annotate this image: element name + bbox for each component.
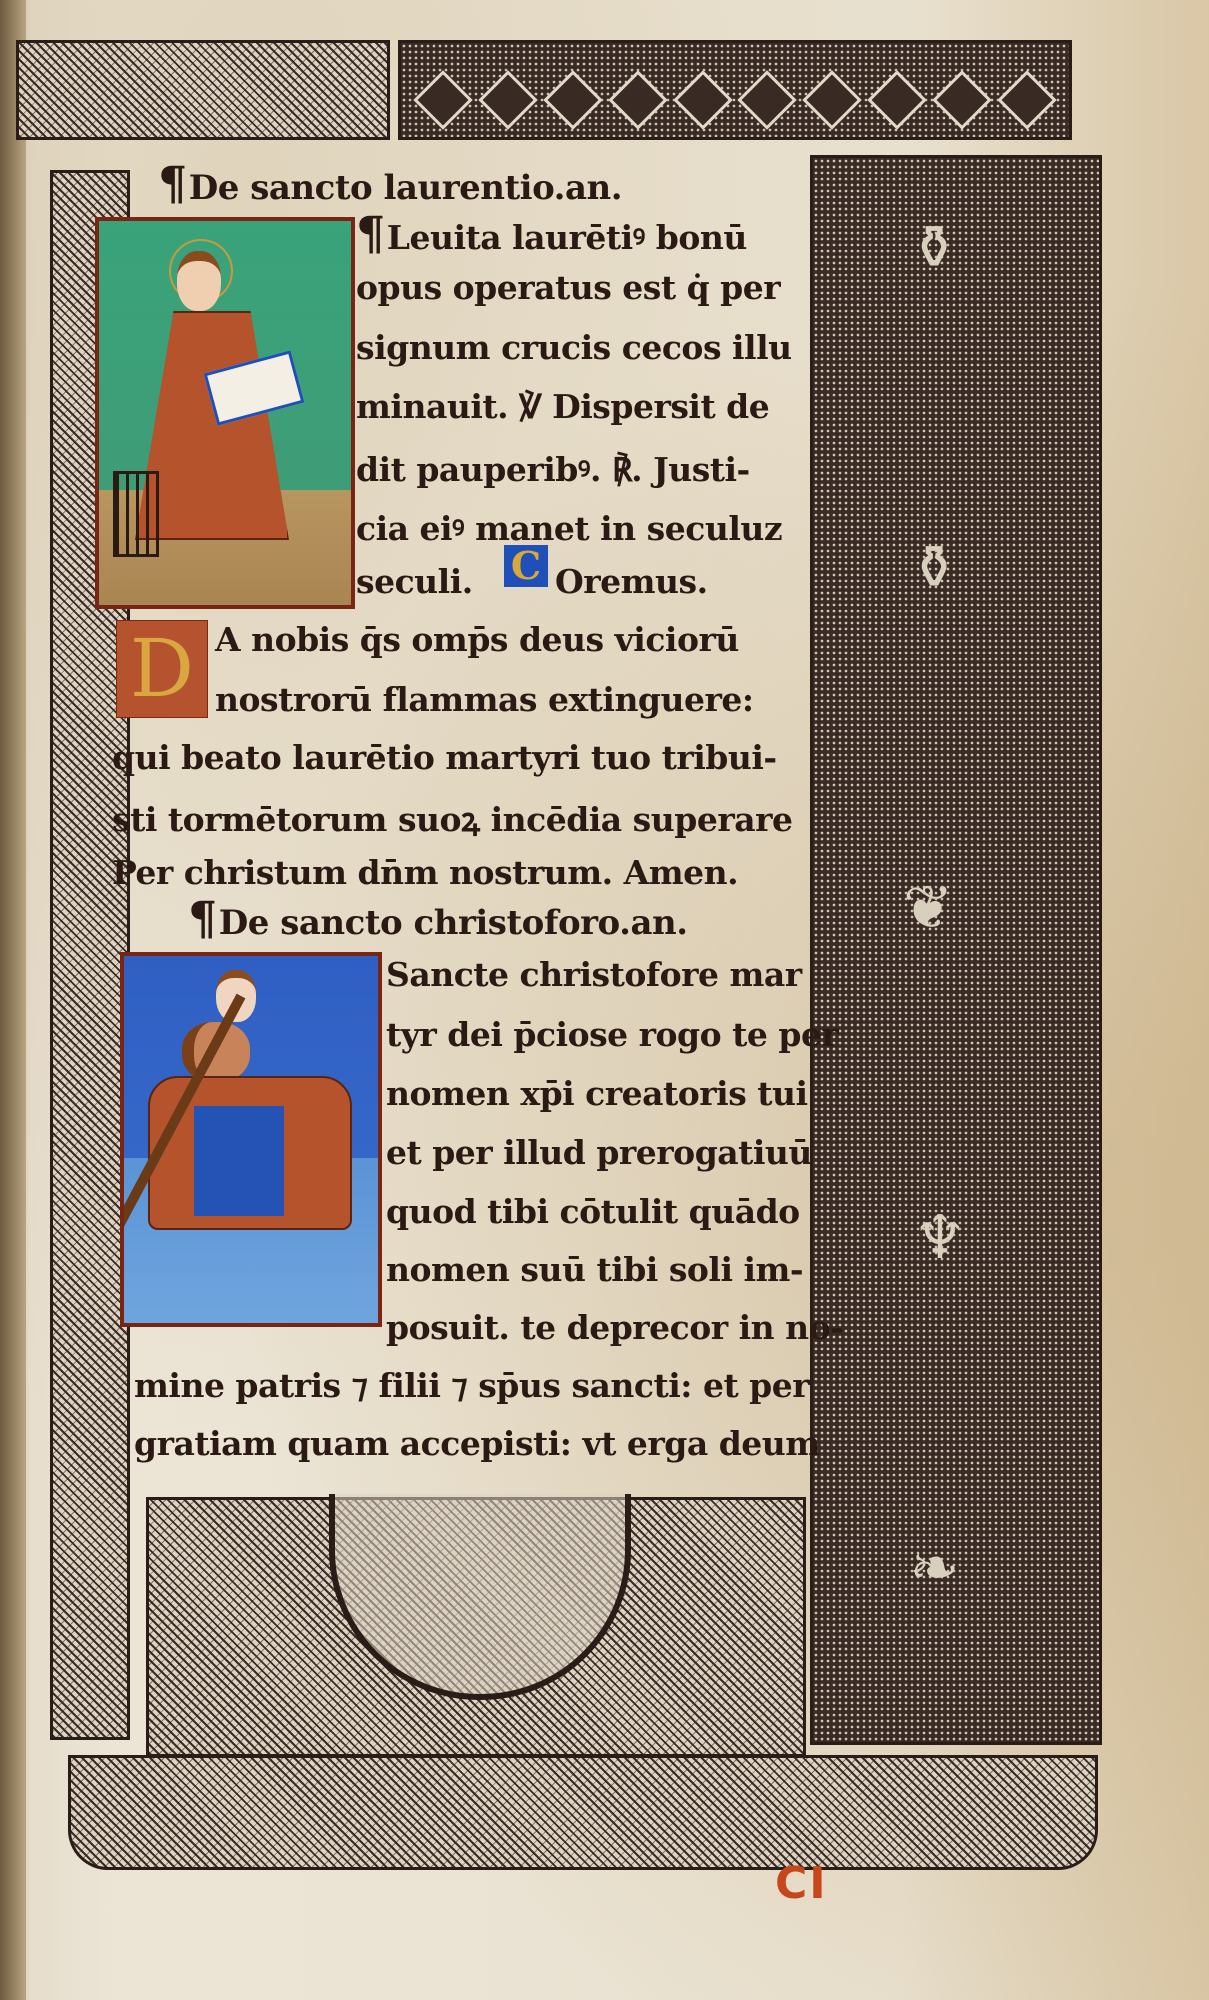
top-left-border-woodcut xyxy=(16,40,390,140)
diamond-ornament xyxy=(543,70,602,129)
illuminated-initial-red: D xyxy=(116,620,208,718)
prayer-line: sti tormētorum suoꝝ incēdia superare xyxy=(112,796,792,841)
book-spine-shadow xyxy=(0,0,26,2000)
diamond-ornament xyxy=(414,70,473,129)
text-line: nomen xp̄i creatoris tui xyxy=(386,1074,808,1113)
text-line: posuit. te deprecor in no- xyxy=(386,1308,843,1347)
prayer-line: qui beato laurētio martyri tuo tribui- xyxy=(112,738,777,777)
text-line: tyr dei p̄ciose rogo te per xyxy=(386,1015,838,1054)
bottom-pendant-frieze xyxy=(68,1755,1098,1870)
text-line: quod tibi cōtulit quādo xyxy=(386,1192,800,1231)
text-line: nomen suū tibi soli im- xyxy=(386,1250,803,1289)
gridiron xyxy=(113,471,159,557)
right-candelabra-panel: ⚱ ⚱ ❦ ♆ ❧ xyxy=(810,155,1102,1745)
diamond-ornament xyxy=(932,70,991,129)
top-right-border-woodcut xyxy=(398,40,1072,140)
text-line: cia eiꝰ manet in seculuz xyxy=(356,505,782,550)
prayer-line: Per christum dn̄m nostrum. Amen. xyxy=(112,853,738,892)
text-line: ¶Leuita laurētiꝰ bonū xyxy=(356,210,747,259)
prayer-line: nostrorū flammas extinguere: xyxy=(215,680,754,719)
text-line: et per illud prerogatiuū xyxy=(386,1133,812,1172)
arch-ornament xyxy=(329,1494,631,1700)
urn-ornament-icon: ⚱ xyxy=(909,538,959,598)
paragraph-mark-icon: ¶ xyxy=(158,160,187,206)
text-line: mine patris ⁊ filii ⁊ sp̄us sancti: et p… xyxy=(134,1366,809,1405)
foliage-ornament-icon: ❧ xyxy=(909,1538,959,1598)
diamond-ornament xyxy=(997,70,1056,129)
book-page: ⚱ ⚱ ❦ ♆ ❧ ¶De sancto laurentio.an. ¶Leui… xyxy=(0,0,1209,2000)
miniature-saint-christopher xyxy=(120,952,382,1327)
figure-ornament-icon: ♆ xyxy=(913,1208,967,1268)
urn-ornament-icon: ⚱ xyxy=(909,218,959,278)
text-line: gratiam quam accepisti: vt erga deum xyxy=(134,1424,820,1463)
paragraph-mark-icon: ¶ xyxy=(188,895,217,941)
folio-number: CI xyxy=(775,1858,828,1909)
diamond-ornament xyxy=(673,70,732,129)
bottom-satyrs-woodcut xyxy=(146,1497,806,1757)
heading-laurence: ¶De sancto laurentio.an. xyxy=(158,160,622,208)
diamond-ornament xyxy=(478,70,537,129)
text-line: seculi. xyxy=(356,562,473,601)
foliage-ornament-icon: ❦ xyxy=(903,878,953,938)
blue-tunic xyxy=(194,1106,284,1216)
miniature-saint-laurence xyxy=(95,217,355,609)
text-line: dit pauperibꝰ. ℟. Justi- xyxy=(356,446,750,491)
diamond-ornament xyxy=(608,70,667,129)
text-line: Sancte christofore mar xyxy=(386,955,802,994)
heading-christopher: ¶De sancto christoforo.an. xyxy=(188,895,688,943)
diamond-ornament xyxy=(867,70,926,129)
text-line: minauit. ℣ Dispersit de xyxy=(356,387,769,426)
diamond-ornament xyxy=(802,70,861,129)
oremus-label: Oremus. xyxy=(555,562,708,601)
prayer-line: A nobis q̄s omp̄s deus viciorū xyxy=(215,620,739,659)
text-line: signum crucis cecos illu xyxy=(356,328,792,367)
paragraph-mark-icon: ¶ xyxy=(356,210,385,256)
diamond-ornament xyxy=(738,70,797,129)
illuminated-initial-blue: C xyxy=(504,545,548,587)
saint-face xyxy=(177,251,221,311)
text-line: opus operatus est q̇ per xyxy=(356,268,780,307)
